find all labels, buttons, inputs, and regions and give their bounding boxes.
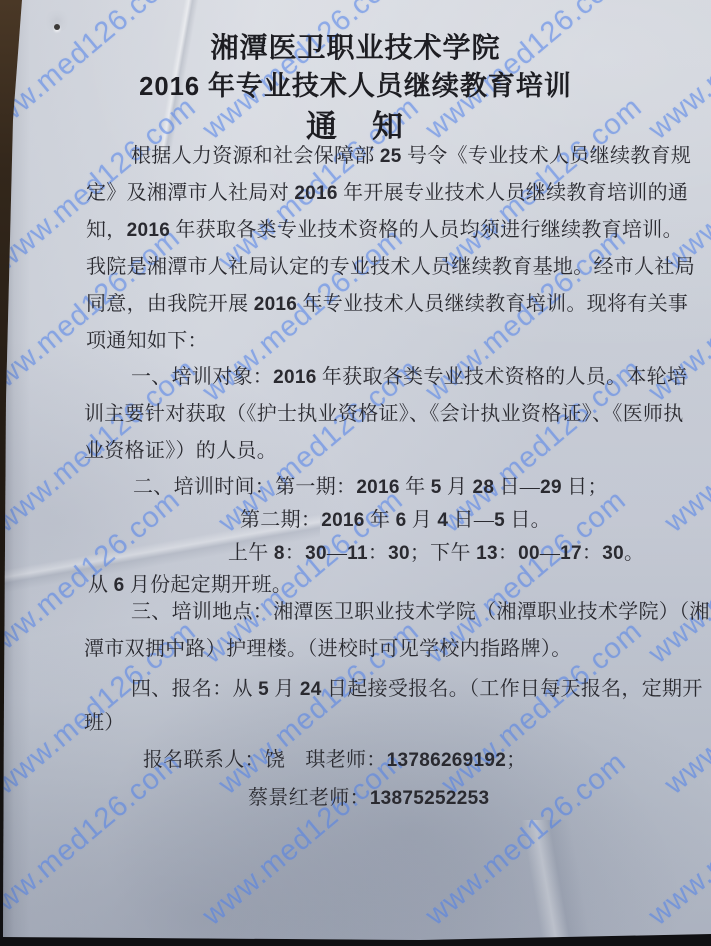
- doc-line: 潭市双拥中路）护理楼。（进校时可见学校内指路牌）。: [84, 636, 572, 662]
- paper-sheet: www.med126.comwww.med126.comwww.med126.c…: [0, 0, 711, 946]
- doc-line-training-time: 二、培训时间：第一期：2016 年 5 月 28 日—29 日；: [133, 474, 608, 501]
- pinhole-mark: [54, 24, 60, 30]
- doc-line-hours: 上午 8：30—11：30；下午 13：00—17：30。: [228, 540, 644, 567]
- photo-of-paper-notice: www.med126.comwww.med126.comwww.med126.c…: [0, 0, 711, 946]
- doc-line: 项通知如下：: [86, 328, 208, 354]
- doc-line-training-location: 三、培训地点：湘潭医卫职业技术学院（湘潭职业技术学院）（湘: [131, 599, 710, 625]
- doc-line: 定》及湘潭市人社局对 2016 年开展专业技术人员继续教育培训的通: [86, 180, 688, 207]
- doc-line-contact-2: 蔡景红老师：13875252253: [248, 785, 489, 812]
- doc-title-institution: 湘潭医卫职业技术学院: [0, 26, 711, 66]
- doc-line-contact-1: 报名联系人：饶 琪老师：13786269192；: [143, 747, 526, 774]
- doc-line-session2: 第二期：2016 年 6 月 4 日—5 日。: [240, 507, 551, 534]
- doc-line: 班）: [84, 710, 125, 736]
- doc-title-notice: 通 知: [0, 101, 711, 146]
- doc-line: 训主要针对获取（《护士执业资格证》、《会计执业资格证》、《医师执: [84, 401, 684, 427]
- doc-line-registration: 四、报名：从 5 月 24 日起接受报名。（工作日每天报名，定期开: [131, 676, 703, 703]
- doc-line: 知，2016 年获取各类专业技术资格的人员均须进行继续教育培训。: [86, 217, 683, 244]
- doc-line-training-target: 一、培训对象：2016 年获取各类专业技术资格的人员。本轮培: [131, 364, 687, 391]
- doc-line: 根据人力资源和社会保障部 25 号令《专业技术人员继续教育规: [131, 143, 691, 170]
- doc-title-training: 2016 年专业技术人员继续教育培训: [0, 64, 711, 103]
- doc-line: 同意，由我院开展 2016 年专业技术人员继续教育培训。现将有关事: [86, 291, 688, 318]
- notice-content: 湘潭医卫职业技术学院 2016 年专业技术人员继续教育培训 通 知 根据人力资源…: [0, 0, 711, 946]
- doc-line: 业资格证》）的人员。: [84, 438, 277, 464]
- doc-line: 从 6 月份起定期开班。: [88, 572, 292, 599]
- doc-line: 我院是湘潭市人社局认定的专业技术人员继续教育基地。经市人社局: [86, 254, 695, 280]
